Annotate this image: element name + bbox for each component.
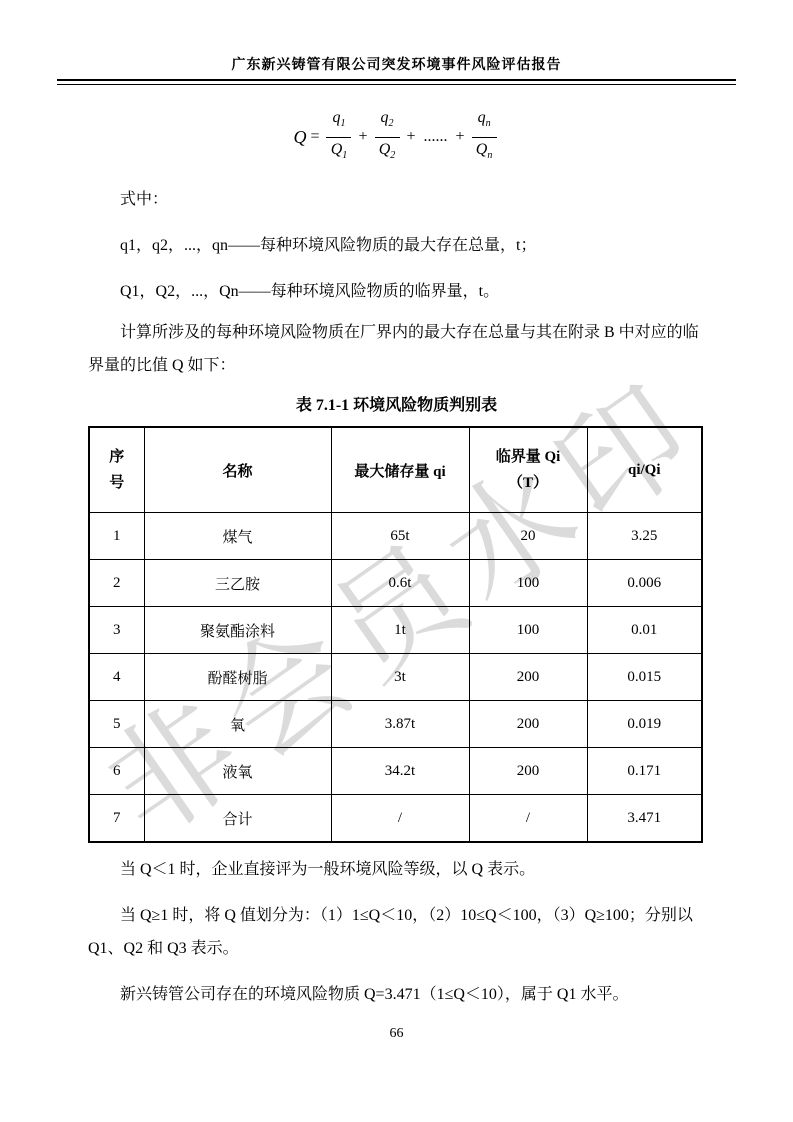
plus-sign: + bbox=[407, 128, 416, 146]
cell-name: 氧 bbox=[144, 701, 331, 748]
cell-ratio: 3.25 bbox=[587, 513, 702, 560]
header-rule bbox=[57, 79, 736, 85]
cell-max-storage: 34.2t bbox=[331, 748, 469, 795]
table-row: 1 煤气 65t 20 3.25 bbox=[89, 513, 702, 560]
note-conclusion: 新兴铸管公司存在的环境风险物质 Q=3.471（1≤Q＜10），属于 Q1 水平… bbox=[88, 978, 705, 1011]
cell-critical-quantity: 100 bbox=[469, 607, 587, 654]
cell-index: 7 bbox=[89, 795, 144, 843]
table-header-row: 序 号 名称 最大储存量 qi 临界量 Qi （T） qi/Qi bbox=[89, 427, 702, 513]
cell-name: 三乙胺 bbox=[144, 560, 331, 607]
risk-substance-table: 序 号 名称 最大储存量 qi 临界量 Qi （T） qi/Qi 1 bbox=[88, 426, 703, 843]
cell-index: 6 bbox=[89, 748, 144, 795]
cell-ratio: 0.015 bbox=[587, 654, 702, 701]
table-body: 1 煤气 65t 20 3.25 2 三乙胺 0.6t 100 0.006 bbox=[89, 513, 702, 843]
column-header-max-storage: 最大储存量 qi bbox=[331, 427, 469, 513]
fraction-q1-over-Q1: q1 Q1 bbox=[326, 108, 351, 165]
table-title: 表 7.1-1 环境风险物质判别表 bbox=[88, 396, 705, 416]
cell-name: 聚氨酯涂料 bbox=[144, 607, 331, 654]
column-header-ratio: qi/Qi bbox=[587, 427, 702, 513]
cell-ratio: 0.01 bbox=[587, 607, 702, 654]
cell-ratio: 0.019 bbox=[587, 701, 702, 748]
cell-critical-quantity: 200 bbox=[469, 701, 587, 748]
paragraph-q-definition: q1，q2，...，qn——每种环境风险物质的最大存在总量，t； bbox=[88, 235, 705, 257]
table-row: 2 三乙胺 0.6t 100 0.006 bbox=[89, 560, 702, 607]
formula-q-sum: Q = q1 Q1 + q2 Q2 + ...... + qn Qn bbox=[88, 109, 705, 165]
cell-ratio: 0.006 bbox=[587, 560, 702, 607]
plus-sign: + bbox=[456, 128, 465, 146]
table-row: 7 合计 / / 3.471 bbox=[89, 795, 702, 843]
cell-name: 液氧 bbox=[144, 748, 331, 795]
cell-critical-quantity: 20 bbox=[469, 513, 587, 560]
cell-max-storage: 3t bbox=[331, 654, 469, 701]
cell-critical-quantity: 100 bbox=[469, 560, 587, 607]
ellipsis: ...... bbox=[424, 128, 448, 146]
document-page: 非会员水印 广东新兴铸管有限公司突发环境事件风险评估报告 Q = q1 Q1 +… bbox=[0, 0, 793, 1122]
table-row: 6 液氧 34.2t 200 0.171 bbox=[89, 748, 702, 795]
cell-critical-quantity: / bbox=[469, 795, 587, 843]
page-number: 66 bbox=[0, 1026, 793, 1042]
table-row: 4 酚醛树脂 3t 200 0.015 bbox=[89, 654, 702, 701]
cell-index: 2 bbox=[89, 560, 144, 607]
page-content: 广东新兴铸管有限公司突发环境事件风险评估报告 Q = q1 Q1 + q2 Q2… bbox=[88, 57, 705, 1011]
column-header-critical-quantity: 临界量 Qi （T） bbox=[469, 427, 587, 513]
table-row: 3 聚氨酯涂料 1t 100 0.01 bbox=[89, 607, 702, 654]
note-q-less-than-1: 当 Q＜1 时，企业直接评为一般环境风险等级，以 Q 表示。 bbox=[88, 853, 705, 886]
cell-max-storage: 1t bbox=[331, 607, 469, 654]
cell-max-storage: 0.6t bbox=[331, 560, 469, 607]
cell-max-storage: 65t bbox=[331, 513, 469, 560]
cell-ratio: 3.471 bbox=[587, 795, 702, 843]
column-header-name: 名称 bbox=[144, 427, 331, 513]
plus-sign: + bbox=[358, 128, 367, 146]
fraction-q2-over-Q2: q2 Q2 bbox=[375, 108, 400, 165]
cell-index: 1 bbox=[89, 513, 144, 560]
cell-index: 4 bbox=[89, 654, 144, 701]
cell-max-storage: / bbox=[331, 795, 469, 843]
column-header-index: 序 号 bbox=[89, 427, 144, 513]
cell-ratio: 0.171 bbox=[587, 748, 702, 795]
paragraph-Q-definition: Q1，Q2，...，Qn——每种环境风险物质的临界量，t。 bbox=[88, 281, 705, 303]
equals-sign: = bbox=[310, 128, 319, 146]
cell-critical-quantity: 200 bbox=[469, 654, 587, 701]
cell-index: 5 bbox=[89, 701, 144, 748]
cell-critical-quantity: 200 bbox=[469, 748, 587, 795]
cell-name: 煤气 bbox=[144, 513, 331, 560]
formula-lhs: Q bbox=[293, 127, 306, 148]
table-row: 5 氧 3.87t 200 0.019 bbox=[89, 701, 702, 748]
note-q-ranges: 当 Q≥1 时，将 Q 值划分为：（1）1≤Q＜10，（2）10≤Q＜100，（… bbox=[88, 899, 705, 965]
cell-max-storage: 3.87t bbox=[331, 701, 469, 748]
cell-name: 合计 bbox=[144, 795, 331, 843]
cell-index: 3 bbox=[89, 607, 144, 654]
header-title: 广东新兴铸管有限公司突发环境事件风险评估报告 bbox=[88, 57, 705, 75]
paragraph-formula-intro: 式中： bbox=[88, 189, 705, 211]
cell-name: 酚醛树脂 bbox=[144, 654, 331, 701]
fraction-qn-over-Qn: qn Qn bbox=[472, 108, 497, 165]
paragraph-calculation: 计算所涉及的每种环境风险物质在厂界内的最大存在总量与其在附录 B 中对应的临界量… bbox=[88, 316, 705, 382]
